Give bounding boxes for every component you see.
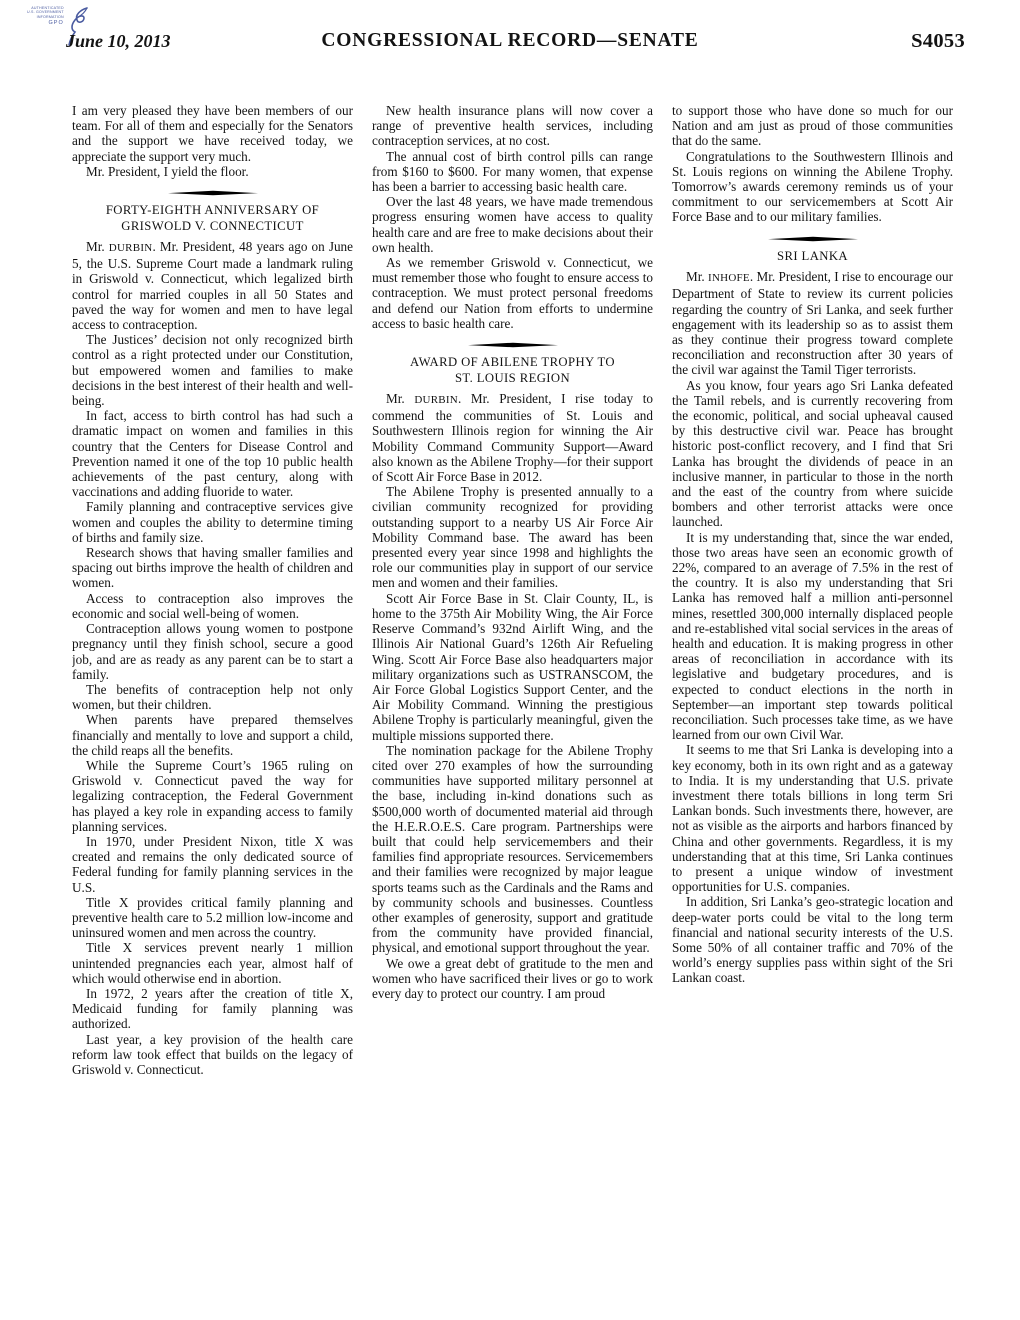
column: to support those who have done so much f…	[672, 103, 953, 1263]
section-divider	[768, 236, 858, 242]
paragraph: The annual cost of birth control pills c…	[372, 149, 653, 195]
paragraph: The nomination package for the Abilene T…	[372, 743, 653, 956]
paragraph: Contraception allows young women to post…	[72, 621, 353, 682]
paragraph: In addition, Sri Lanka’s geo-strategic l…	[672, 894, 953, 985]
paragraph: It seems to me that Sri Lanka is develop…	[672, 742, 953, 894]
paragraph: As you know, four years ago Sri Lanka de…	[672, 378, 953, 530]
paragraph: Research shows that having smaller famil…	[72, 545, 353, 591]
gpo-logo-text: Authenticated U.S. Government Informatio…	[27, 6, 64, 27]
paragraph: Mr. President, I yield the floor.	[72, 164, 353, 179]
section-heading: FORTY-EIGHTH ANNIVERSARY OF GRISWOLD V. …	[72, 203, 353, 234]
paragraph: As we remember Griswold v. Connecticut, …	[372, 255, 653, 331]
section-divider	[168, 190, 258, 196]
paragraph: When parents have prepared themselves fi…	[72, 712, 353, 758]
page-number: S4053	[911, 30, 965, 53]
gpo-logo-line: Information	[27, 15, 64, 19]
paragraph: In 1970, under President Nixon, title X …	[72, 834, 353, 895]
issue-date: June 10, 2013	[66, 31, 171, 52]
paragraph: While the Supreme Court’s 1965 ruling on…	[72, 758, 353, 834]
paragraph: to support those who have done so much f…	[672, 103, 953, 149]
paragraph: In fact, access to birth control has had…	[72, 408, 353, 499]
section-divider	[468, 342, 558, 348]
paragraph: Title X provides critical family plannin…	[72, 895, 353, 941]
section-heading: SRI LANKA	[672, 249, 953, 265]
speaker-name: DURBIN	[414, 394, 458, 406]
paragraph: Mr. DURBIN. Mr. President, I rise today …	[372, 391, 653, 484]
paragraph: Scott Air Force Base in St. Clair County…	[372, 591, 653, 743]
paragraph: Title X services prevent nearly 1 millio…	[72, 940, 353, 986]
congressional-record-page: Authenticated U.S. Government Informatio…	[0, 0, 1020, 1320]
three-column-text: I am very pleased they have been members…	[72, 103, 953, 1263]
paragraph: Mr. INHOFE. Mr. President, I rise to enc…	[672, 269, 953, 377]
paragraph: Congratulations to the Southwestern Illi…	[672, 149, 953, 225]
paragraph: Last year, a key provision of the health…	[72, 1032, 353, 1078]
column: I am very pleased they have been members…	[72, 103, 353, 1263]
speaker-name: INHOFE	[708, 272, 750, 284]
paragraph: New health insurance plans will now cove…	[372, 103, 653, 149]
paragraph: The Abilene Trophy is presented annually…	[372, 484, 653, 590]
paragraph: We owe a great debt of gratitude to the …	[372, 956, 653, 1002]
publication-title: CONGRESSIONAL RECORD—SENATE	[321, 30, 698, 52]
paragraph: Over the last 48 years, we have made tre…	[372, 194, 653, 255]
page-header: June 10, 2013 CONGRESSIONAL RECORD—SENAT…	[0, 26, 1020, 52]
paragraph: In 1972, 2 years after the creation of t…	[72, 986, 353, 1032]
paragraph: The Justices’ decision not only recogniz…	[72, 332, 353, 408]
paragraph: I am very pleased they have been members…	[72, 103, 353, 164]
paragraph: Family planning and contraceptive servic…	[72, 499, 353, 545]
column: New health insurance plans will now cove…	[372, 103, 653, 1263]
paragraph: Access to contraception also improves th…	[72, 591, 353, 621]
section-heading: AWARD OF ABILENE TROPHY TO ST. LOUIS REG…	[372, 355, 653, 386]
speaker-name: DURBIN	[109, 242, 153, 254]
paragraph: Mr. DURBIN. Mr. President, 48 years ago …	[72, 239, 353, 332]
paragraph: The benefits of contraception help not o…	[72, 682, 353, 712]
paragraph: It is my understanding that, since the w…	[672, 530, 953, 743]
